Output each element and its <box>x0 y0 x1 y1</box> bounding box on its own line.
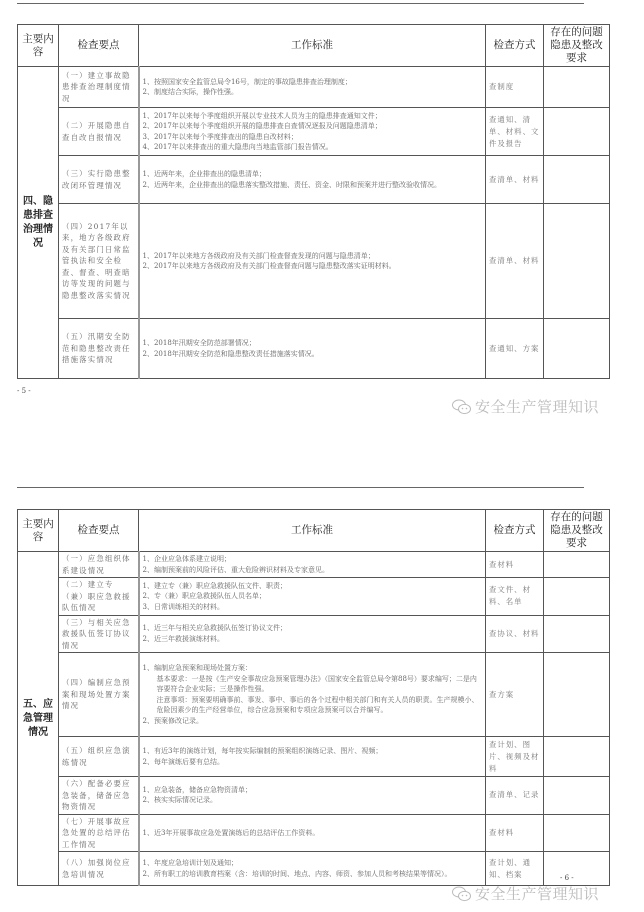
check-method: 查方案 <box>486 653 544 737</box>
check-point: （七）开展事故应急处置的总结评估工作情况 <box>59 814 139 852</box>
standard-line: 2、近三年救援演练材料。 <box>143 634 483 645</box>
header-method: 检查方式 <box>486 25 544 67</box>
standard-line: 2、专（兼）职应急救援队伍人员名单； <box>143 591 483 602</box>
standard-line: 基本要求：一是按《生产安全事故应急预案管理办法》（国家安全监管总局令第88号）要… <box>143 674 483 695</box>
issues-cell <box>544 615 610 653</box>
table-row: （二）开展隐患自查自改自报情况 1、2017年以来每个季度组织开展以专业技术人员… <box>18 108 610 156</box>
table-row: （二）建立专（兼）职应急救援队伍情况 1、建立专（兼）职应急救援队伍文件、职责；… <box>18 578 610 616</box>
table-row: （五）汛期安全防范和隐患整改责任措施落实情况 1、2018年汛期安全防范部署情况… <box>18 319 610 379</box>
standard-line: 2、所有职工的培训教育档案（含：培训的时间、地点、内容、师资、参加人员和考核结果… <box>143 869 483 880</box>
check-point: （五）汛期安全防范和隐患整改责任措施落实情况 <box>59 319 139 379</box>
table-header-row: 主要内容 检查要点 工作标准 检查方式 存在的问题隐患及整改要求 <box>18 25 610 67</box>
issues-cell <box>544 814 610 852</box>
check-method: 查文件、材料、名单 <box>486 578 544 616</box>
header-method: 检查方式 <box>486 510 544 552</box>
check-method: 查协议、材料 <box>486 615 544 653</box>
table-row: （七）开展事故应急处置的总结评估工作情况 1、近3年开展事故应急处置演练后的总结… <box>18 814 610 852</box>
check-method: 查计划、通知、档案 <box>486 852 544 886</box>
standard-line: 3、2017年以来每个季度排查出的隐患自改材料； <box>143 132 483 143</box>
issues-cell <box>544 653 610 737</box>
issues-cell <box>544 852 610 886</box>
header-issues: 存在的问题隐患及整改要求 <box>544 25 610 67</box>
issues-cell <box>544 777 610 815</box>
check-point: （五）组织应急演练情况 <box>59 737 139 777</box>
standard-line: 1、编制应急预案和现场处置方案： <box>143 663 483 674</box>
check-method: 查清单、记录 <box>486 777 544 815</box>
table-row: （三）与相关应急救援队伍签订协议情况 1、近三年与相关应急救援队伍签订协议文件；… <box>18 615 610 653</box>
standard-line: 2、2017年以来地方各级政府及有关部门检查督查问题与隐患整改落实证明材料。 <box>143 261 483 272</box>
table-row: （五）组织应急演练情况 1、有近3年的演练计划，每年按实际编制的预案组织演练记录… <box>18 737 610 777</box>
work-standard: 1、有近3年的演练计划，每年按实际编制的预案组织演练记录、图片、视频； 2、每年… <box>139 737 486 777</box>
standard-line: 1、2017年以来地方各级政府及有关部门检查督查发现的问题与隐患清单； <box>143 251 483 262</box>
header-point: 检查要点 <box>59 510 139 552</box>
check-method: 查清单、材料 <box>486 204 544 319</box>
section-title: 四、隐患排查治理情况 <box>18 67 59 379</box>
table-row: （八）加强岗位应急培训情况 1、年度应急培训计划及通知； 2、所有职工的培训教育… <box>18 852 610 886</box>
header-main: 主要内容 <box>18 25 59 67</box>
standard-line: 1、按照国家安全监管总局令16号，制定的事故隐患排查治理制度； <box>143 77 483 88</box>
issues-cell <box>544 552 610 578</box>
work-standard: 1、建立专（兼）职应急救援队伍文件、职责； 2、专（兼）职应急救援队伍人员名单；… <box>139 578 486 616</box>
standard-line: 4、2017年以来排查出的重大隐患向当地监管部门报告情况。 <box>143 142 483 153</box>
watermark-text: 安全生产管理知识 <box>475 396 599 417</box>
check-method: 查材料 <box>486 814 544 852</box>
check-method: 查材料 <box>486 552 544 578</box>
watermark-text: 安全生产管理知识 <box>475 883 599 904</box>
work-standard: 1、近两年来，企业排查出的隐患清单； 2、近两年来，企业排查出的隐患落实整改措施… <box>139 156 486 204</box>
issues-cell <box>544 737 610 777</box>
work-standard: 1、近3年开展事故应急处置演练后的总结评估工作资料。 <box>139 814 486 852</box>
check-point: （四）2017年以来，地方各级政府及有关部门日常监管执法和安全检查、督查、明查暗… <box>59 204 139 319</box>
standard-line: 注意事项：预案要明确事前、事发、事中、事后的各个过程中相关部门和有关人员的职责。… <box>143 695 483 716</box>
check-point: （二）建立专（兼）职应急救援队伍情况 <box>59 578 139 616</box>
work-standard: 1、2018年汛期安全防范部署情况； 2、2018年汛期安全防范和隐患整改责任措… <box>139 319 486 379</box>
standard-line: 2、近两年来，企业排查出的隐患落实整改措施、责任、资金、时限和预案并进行整改验收… <box>143 180 483 191</box>
work-standard: 1、应急装备，储备应急物资清单； 2、核实实际情况记录。 <box>139 777 486 815</box>
standard-line: 1、建立专（兼）职应急救援队伍文件、职责； <box>143 581 483 592</box>
standard-line: 1、2017年以来每个季度组织开展以专业技术人员为主的隐患排查通知文件； <box>143 111 483 122</box>
standard-line: 1、近两年来，企业排查出的隐患清单； <box>143 169 483 180</box>
work-standard: 1、编制应急预案和现场处置方案： 基本要求：一是按《生产安全事故应急预案管理办法… <box>139 653 486 737</box>
header-issues: 存在的问题隐患及整改要求 <box>544 510 610 552</box>
issues-cell <box>544 108 610 156</box>
standard-line: 1、年度应急培训计划及通知； <box>143 858 483 869</box>
standard-line: 2、核实实际情况记录。 <box>143 795 483 806</box>
table-row: 五、应急管理情况 （一）应急组织体系建设情况 1、企业应急体系建立说明； 2、编… <box>18 552 610 578</box>
standard-line: 2、每年演练后要有总结。 <box>143 757 483 768</box>
standard-line: 2、2017年以来每个季度组织开展的隐患排查自查情况逐报及问题隐患清单； <box>143 121 483 132</box>
check-point: （二）开展隐患自查自改自报情况 <box>59 108 139 156</box>
work-standard: 1、企业应急体系建立说明； 2、编制预案前的风险评估、重大危险辨识材料及专家意见… <box>139 552 486 578</box>
header-standard: 工作标准 <box>139 510 486 552</box>
check-point: （三）与相关应急救援队伍签订协议情况 <box>59 615 139 653</box>
standard-line: 1、应急装备，储备应急物资清单； <box>143 785 483 796</box>
standard-line: 1、近3年开展事故应急处置演练后的总结评估工作资料。 <box>143 828 483 839</box>
table-header-row: 主要内容 检查要点 工作标准 检查方式 存在的问题隐患及整改要求 <box>18 510 610 552</box>
standard-line: 2、编制预案前的风险评估、重大危险辨识材料及专家意见。 <box>143 565 483 576</box>
check-point: （三）实行隐患整改闭环管理情况 <box>59 156 139 204</box>
standard-line: 2、制度结合实际，操作性强。 <box>143 87 483 98</box>
header-point: 检查要点 <box>59 25 139 67</box>
page-number: - 6 - <box>560 874 574 882</box>
issues-cell <box>544 204 610 319</box>
issues-cell <box>544 319 610 379</box>
standard-line: 1、近三年与相关应急救援队伍签订协议文件； <box>143 623 483 634</box>
standard-line: 1、有近3年的演练计划，每年按实际编制的预案组织演练记录、图片、视频； <box>143 746 483 757</box>
wechat-icon <box>452 399 472 415</box>
check-point: （六）配备必要应急装备，储备应急物资情况 <box>59 777 139 815</box>
check-point: （一）建立事故隐患排查治理制度情况 <box>59 67 139 108</box>
work-standard: 1、2017年以来每个季度组织开展以专业技术人员为主的隐患排查通知文件； 2、2… <box>139 108 486 156</box>
page6-inspection-table: 主要内容 检查要点 工作标准 检查方式 存在的问题隐患及整改要求 五、应急管理情… <box>17 509 610 886</box>
table-row: （四）编制应急预案和现场处置方案情况 1、编制应急预案和现场处置方案： 基本要求… <box>18 653 610 737</box>
standard-line: 2、2018年汛期安全防范和隐患整改责任措施落实情况。 <box>143 349 483 360</box>
wechat-icon <box>452 886 472 902</box>
page5-top-rule <box>17 3 584 4</box>
check-point: （四）编制应急预案和现场处置方案情况 <box>59 653 139 737</box>
standard-line: 2、预案修改记录。 <box>143 716 483 727</box>
standard-line: 1、企业应急体系建立说明； <box>143 554 483 565</box>
watermark: 安全生产管理知识 <box>452 396 599 417</box>
page6-top-rule <box>17 487 584 488</box>
table-row: （六）配备必要应急装备，储备应急物资情况 1、应急装备，储备应急物资清单； 2、… <box>18 777 610 815</box>
table-row: （四）2017年以来，地方各级政府及有关部门日常监管执法和安全检查、督查、明查暗… <box>18 204 610 319</box>
issues-cell <box>544 156 610 204</box>
table-row: （三）实行隐患整改闭环管理情况 1、近两年来，企业排查出的隐患清单； 2、近两年… <box>18 156 610 204</box>
header-standard: 工作标准 <box>139 25 486 67</box>
work-standard: 1、2017年以来地方各级政府及有关部门检查督查发现的问题与隐患清单； 2、20… <box>139 204 486 319</box>
check-method: 查通知、方案 <box>486 319 544 379</box>
work-standard: 1、按照国家安全监管总局令16号，制定的事故隐患排查治理制度； 2、制度结合实际… <box>139 67 486 108</box>
issues-cell <box>544 578 610 616</box>
header-main: 主要内容 <box>18 510 59 552</box>
check-point: （八）加强岗位应急培训情况 <box>59 852 139 886</box>
check-method: 查清单、材料 <box>486 156 544 204</box>
watermark: 安全生产管理知识 <box>452 883 599 904</box>
check-method: 查通知、清单、材料、文件及报告 <box>486 108 544 156</box>
table-row: 四、隐患排查治理情况 （一）建立事故隐患排查治理制度情况 1、按照国家安全监管总… <box>18 67 610 108</box>
standard-line: 3、日常训练相关的材料。 <box>143 602 483 613</box>
page5-inspection-table: 主要内容 检查要点 工作标准 检查方式 存在的问题隐患及整改要求 四、隐患排查治… <box>17 24 610 379</box>
check-method: 查制度 <box>486 67 544 108</box>
check-method: 查计划、图片、视频及材料 <box>486 737 544 777</box>
check-point: （一）应急组织体系建设情况 <box>59 552 139 578</box>
section-title: 五、应急管理情况 <box>18 552 59 886</box>
standard-line: 1、2018年汛期安全防范部署情况； <box>143 338 483 349</box>
work-standard: 1、年度应急培训计划及通知； 2、所有职工的培训教育档案（含：培训的时间、地点、… <box>139 852 486 886</box>
issues-cell <box>544 67 610 108</box>
work-standard: 1、近三年与相关应急救援队伍签订协议文件； 2、近三年救援演练材料。 <box>139 615 486 653</box>
page-number: - 5 - <box>17 387 31 395</box>
